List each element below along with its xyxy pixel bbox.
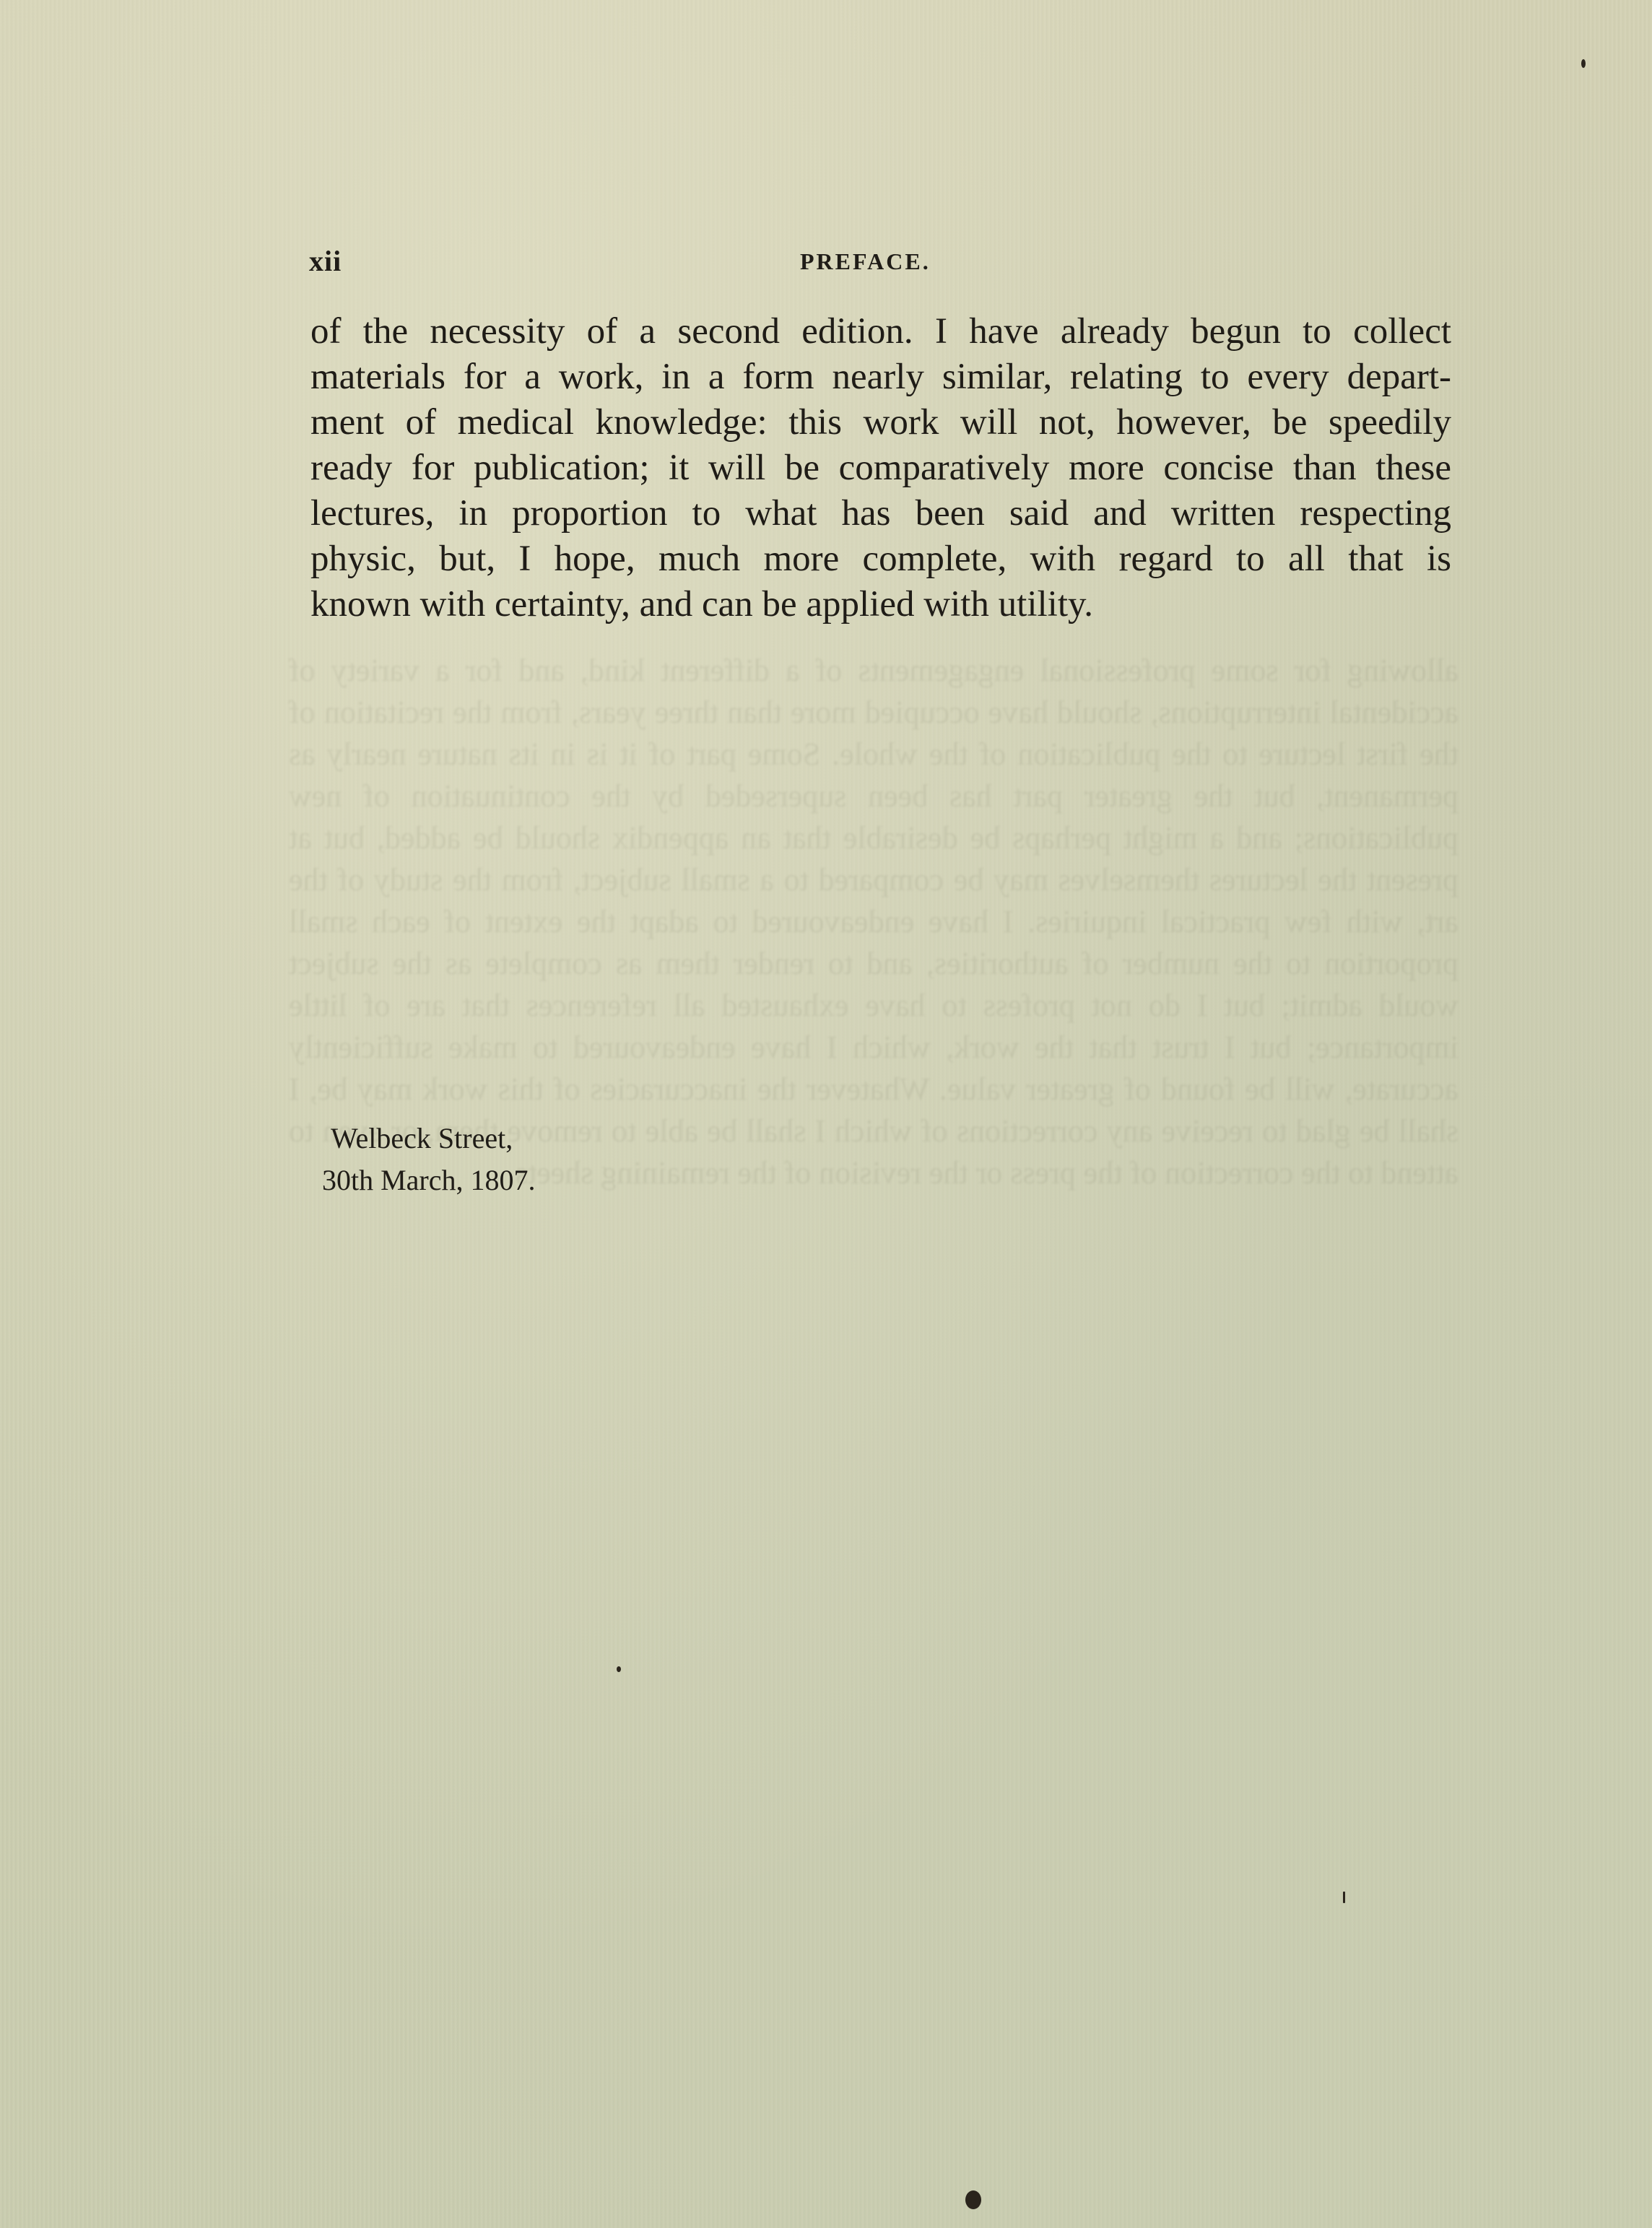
book-page: allowing for some professional engagemen… xyxy=(0,0,1652,2228)
running-head-title: PREFACE. xyxy=(800,248,931,275)
signoff-place: Welbeck Street, xyxy=(322,1118,536,1159)
text-line: ment of medical knowledge: this work wil… xyxy=(310,400,1451,445)
signoff-date: 30th March, 1807. xyxy=(322,1159,536,1201)
show-through-text: allowing for some professional engagemen… xyxy=(289,650,1458,1194)
preface-paragraph: of the necessity of a second edition. I … xyxy=(310,309,1451,627)
text-line: physic, but, I hope, much more complete,… xyxy=(310,536,1451,582)
ink-speck xyxy=(965,2190,981,2209)
signoff-block: Welbeck Street, 30th March, 1807. xyxy=(322,1118,536,1201)
running-head: xii PREFACE. xyxy=(309,244,1464,287)
ink-speck xyxy=(1581,59,1586,68)
text-line: ready for publication; it will be compar… xyxy=(310,445,1451,491)
ink-speck xyxy=(1343,1892,1345,1903)
text-line: materials for a work, in a form nearly s… xyxy=(310,354,1451,400)
ink-speck xyxy=(617,1666,621,1672)
text-line: known with certainty, and can be applied… xyxy=(310,582,1451,627)
text-line: lectures, in proportion to what has been… xyxy=(310,491,1451,536)
text-line: of the necessity of a second edition. I … xyxy=(310,309,1451,354)
page-number: xii xyxy=(309,244,342,278)
